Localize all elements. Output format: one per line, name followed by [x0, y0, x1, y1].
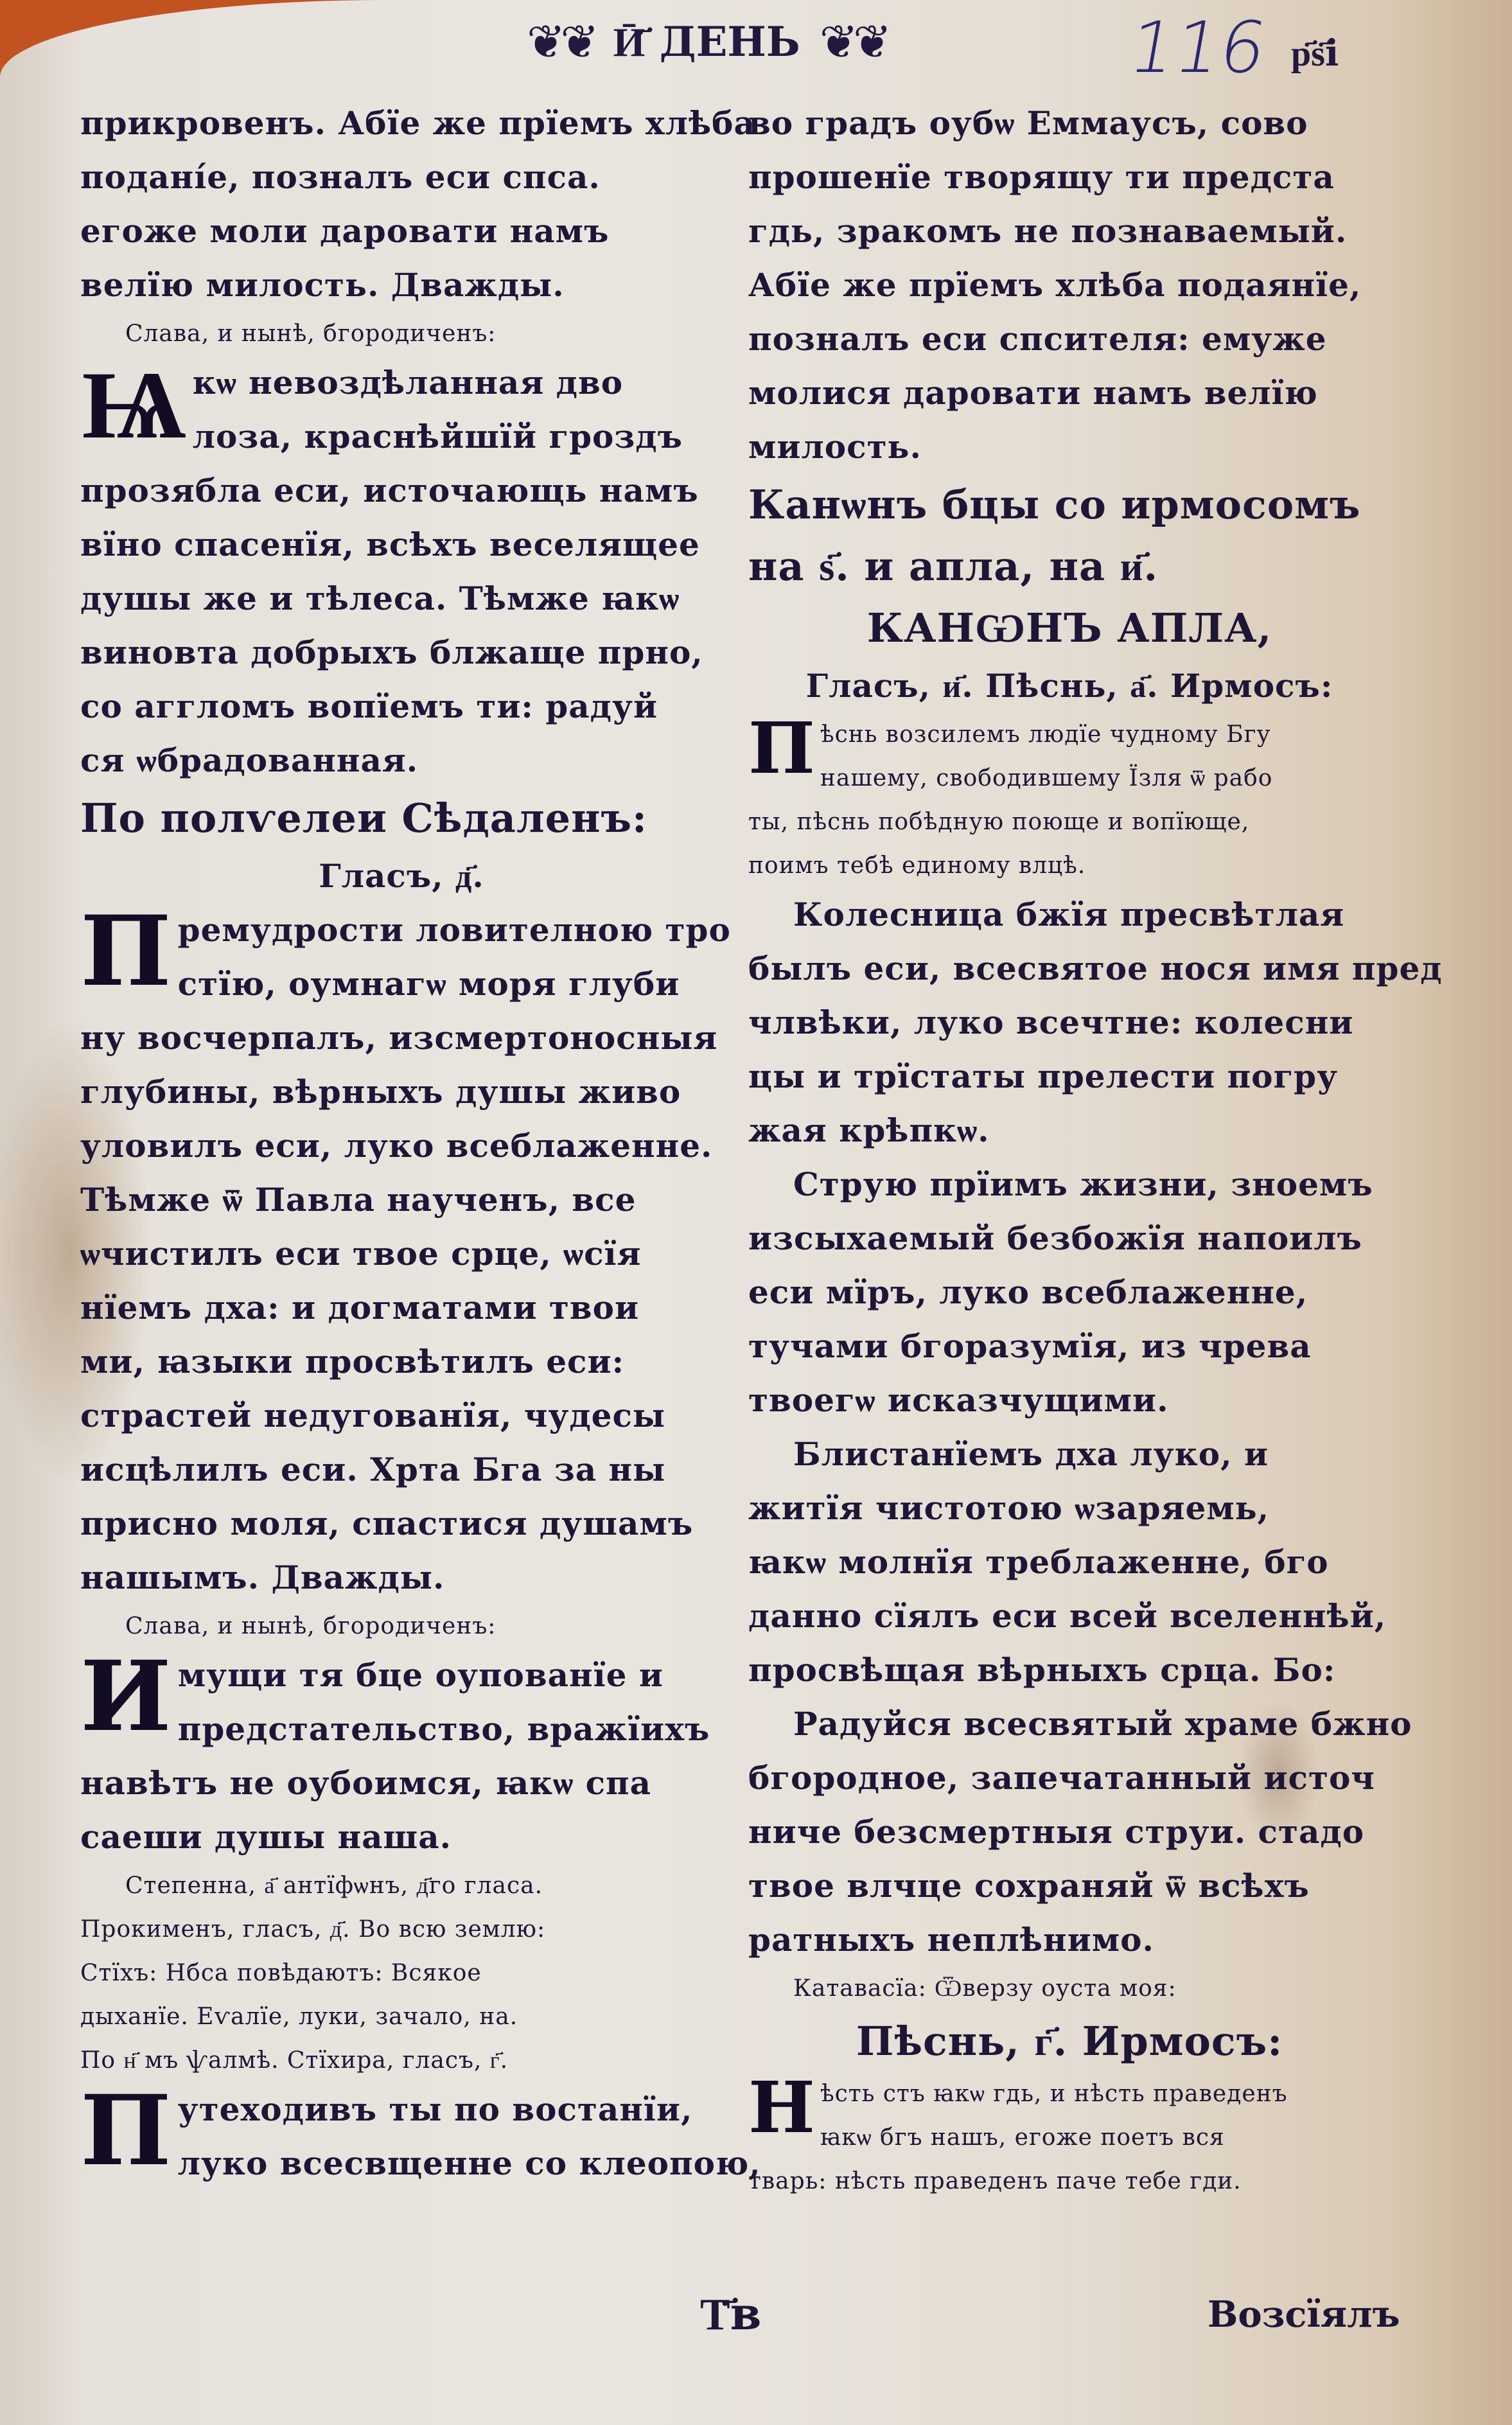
rubric: Слава, и нынѣ, бгородиченъ: [80, 312, 723, 356]
text-line: егоже моли даровати намъ [80, 204, 723, 258]
rubric-line: дыханїе. Еѵалїе, луки, зачало, на. [80, 1995, 723, 2039]
canon-heading: на ѕ҃. и апла, на и҃. [748, 536, 1391, 597]
text-line: твоегѡ исказчущими. [748, 1373, 1391, 1427]
header-title: Ӣ҃ ДЕНЬ [613, 18, 800, 66]
text-line: Струю прїимъ жизни, зноемъ [748, 1158, 1391, 1212]
text-line: уловилъ еси, лукo всеблаженне. [80, 1119, 723, 1173]
text-line: душы же и тѣлеса. Тѣмже ꙗкѡ [80, 572, 723, 626]
text-line: страстей недугованїя, чудесы [80, 1389, 723, 1443]
text-line: виновта добрыхъ блжаще прно, [80, 626, 723, 680]
irmos-block: П ѣснь возсилемъ людїе чудному Бгу нашем… [748, 713, 1391, 888]
text-line: ꙗкѡ молнїя треблаженне, бго [748, 1535, 1391, 1589]
text-line: ми, ꙗзыки просвѣтилъ еси: [80, 1335, 723, 1389]
text-line: данно сїялъ еси всей вселеннѣй, [748, 1589, 1391, 1643]
text-line: Блистанїемъ дха лукo, и [748, 1427, 1391, 1481]
text-line: подані́е, позналъ еси спса. [80, 150, 723, 204]
right-column: во градъ оубѡ Еммаусъ, сово прошенїе тво… [748, 96, 1391, 2203]
section-heading: По полѵелеи Сѣдаленъ: [80, 788, 723, 849]
drop-cap: П [80, 2083, 171, 2179]
drop-cap: П [748, 713, 815, 784]
ode-heading: Пѣснь, г҃. Ирмосъ: [748, 2011, 1391, 2072]
text-line: гдь, зракомъ не познаваемый. [748, 204, 1391, 258]
text-line: ся ѡбрадованная. [80, 734, 723, 788]
text-line: велїю милость. Дважды. [80, 258, 723, 312]
text-line: бгородное, запечатанный источ [748, 1751, 1391, 1805]
text-line: ремудрости ловителною тро [80, 903, 723, 957]
text-line: во градъ оубѡ Еммаусъ, сово [748, 96, 1391, 150]
text-line: житїя чистотою ѡзаряемь, [748, 1481, 1391, 1535]
text-line: ну восчерпалъ, изсмертоносныя [80, 1011, 723, 1065]
text-line: Абїе же прїемъ хлѣба подаянїе, [748, 258, 1391, 312]
text-line: лукo всесвщенне со клеопою, [80, 2137, 723, 2191]
drop-cap: Н [748, 2072, 815, 2143]
irmos-block: Н ѣсть стъ ꙗкѡ гдь, и нѣсть праведенъ ꙗк… [748, 2072, 1391, 2203]
text-line: прошенїе творящу ти предста [748, 150, 1391, 204]
drop-cap: Ѩ [80, 356, 186, 452]
text-line: нашымъ. Дважды. [80, 1551, 723, 1605]
text-line: утеходивъ ты по востанїи, [80, 2083, 723, 2137]
text-line: цы и трїстаты прелести погру [748, 1050, 1391, 1104]
text-line: твое влчце сохраняй ѿ всѣхъ [748, 1859, 1391, 1913]
text-line: Колесница бжїя пресвѣтлая [748, 888, 1391, 942]
text-line: ратныхъ неплѣнимо. [748, 1913, 1391, 1967]
sedalen-block: П ремудрости ловителною тро стїю, оумнаг… [80, 903, 723, 1605]
ornament-left-icon: ❦❦ [527, 15, 594, 69]
katavasia-rubric: Катавасїа: Ѿверзу оуста моя: [748, 1967, 1391, 2011]
text-line: ниче безсмертныя струи. стадо [748, 1805, 1391, 1859]
text-line: Тѣмже ѿ Павла наученъ, все [80, 1173, 723, 1227]
tone-line: Гласъ, д҃. [80, 849, 723, 903]
text-line: исцѣлилъ еси. Хрта Бга за ны [80, 1443, 723, 1497]
theotokion-block: И мущи тя бце оупованїе и предстательств… [80, 1648, 723, 1864]
text-line: жая крѣпкѡ. [748, 1104, 1391, 1158]
text-line: прикровенъ. Абїе же прїемъ хлѣба [80, 96, 723, 150]
text-line: нашему, свободившему Їзля ѿ рабо [748, 757, 1391, 800]
text-line: глубины, вѣрныхъ душы живо [80, 1065, 723, 1119]
text-line: изсыхаемый безбожїя напоилъ [748, 1212, 1391, 1265]
text-line: еси мїръ, лукo всеблаженне, [748, 1265, 1391, 1319]
drop-cap: И [80, 1648, 171, 1745]
text-line: стїю, оумнагѡ моря глуби [80, 957, 723, 1011]
text-line: мущи тя бце оупованїе и [80, 1648, 723, 1702]
text-line: просвѣщая вѣрныхъ срца. Бо: [748, 1643, 1391, 1697]
rubric-line: Степенна, а҃ антїфѡнъ, д҃го гласа. [80, 1864, 723, 1908]
text-line: молися даровати намъ велїю [748, 366, 1391, 420]
rubric-line: По н҃ мъ ѱалмѣ. Стїхира, гласъ, г҃. [80, 2039, 723, 2083]
text-line: тучами бгоразумїя, из чрева [748, 1319, 1391, 1373]
running-header: ❦❦ Ӣ҃ ДЕНЬ ❦❦ [527, 6, 886, 77]
canon-heading: Канѡнъ бцы со ирмосомъ [748, 474, 1391, 536]
ornament-right-icon: ❦❦ [820, 15, 887, 69]
gathering-signature: Т҃в [700, 2287, 761, 2341]
text-line: члвѣки, лукo всечтне: колесни [748, 996, 1391, 1050]
text-line: былъ еси, всесвятое нося имя пред [748, 942, 1391, 996]
text-line: Радуйся всесвятый храме бжно [748, 1697, 1391, 1751]
text-line: присно моля, спастися душамъ [80, 1497, 723, 1551]
text-line: ѣснь возсилемъ людїе чудному Бгу [748, 713, 1391, 757]
text-line: ты, пѣснь побѣдную поюще и вопїюще, [748, 800, 1391, 844]
text-line: прозябла еси, источающь намъ [80, 464, 723, 518]
text-line: вїно спасенїя, всѣхъ веселящее [80, 518, 723, 572]
text-line: предстательство, вражїихъ [80, 1702, 723, 1756]
sticheron-block: П утеходивъ ты по востанїи, лукo всесвще… [80, 2083, 723, 2191]
drop-cap: П [80, 903, 171, 1000]
text-line: нїемъ дха: и догматами твои [80, 1281, 723, 1335]
text-line: со аггломъ вопїемъ ти: радуй [80, 680, 723, 734]
rubric-line: Прокименъ, гласъ, д҃. Во всю землю: [80, 1908, 723, 1952]
text-line: позналъ еси спсителя: емуже [748, 312, 1391, 366]
rubric: Слава, и нынѣ, бгородиченъ: [80, 1605, 723, 1648]
book-page: ❦❦ Ӣ҃ ДЕНЬ ❦❦ 116 р҃ѕ҃і прикровенъ. Абїе… [0, 0, 1512, 2425]
text-line: поимъ тебѣ единому влцѣ. [748, 844, 1391, 888]
text-line: ѣсть стъ ꙗкѡ гдь, и нѣсть праведенъ [748, 2072, 1391, 2116]
handwritten-page-number: 116 [1123, 6, 1273, 89]
rubric-line: Стїхъ: Нбса повѣдаютъ: Всякое [80, 1952, 723, 1995]
left-column: прикровенъ. Абїе же прїемъ хлѣба подані́… [80, 96, 723, 2191]
text-line: ꙗкѡ бгъ нашъ, егоже поетъ вся [748, 2116, 1391, 2160]
text-line: навѣтъ не оубоимся, ꙗкѡ спа [80, 1756, 723, 1810]
text-line: саеши душы наша. [80, 1810, 723, 1864]
folio-number: р҃ѕ҃і [1291, 32, 1339, 75]
tone-ode-line: Гласъ, и҃. Пѣснь, а҃. Ирмосъ: [748, 659, 1391, 713]
text-line: милость. [748, 420, 1391, 474]
text-line: тварь: нѣсть праведенъ паче тебе гди. [748, 2160, 1391, 2203]
text-line: ѡчистилъ еси твое срце, ѡсїя [80, 1227, 723, 1281]
catchword: Возсїялъ [1208, 2293, 1400, 2336]
theotokion-block: Ѩ кѡ невоздѣланная дво лоза, краснѣйшїй … [80, 356, 723, 788]
canon-title: КАНѠНЪ АПЛА, [748, 597, 1391, 659]
